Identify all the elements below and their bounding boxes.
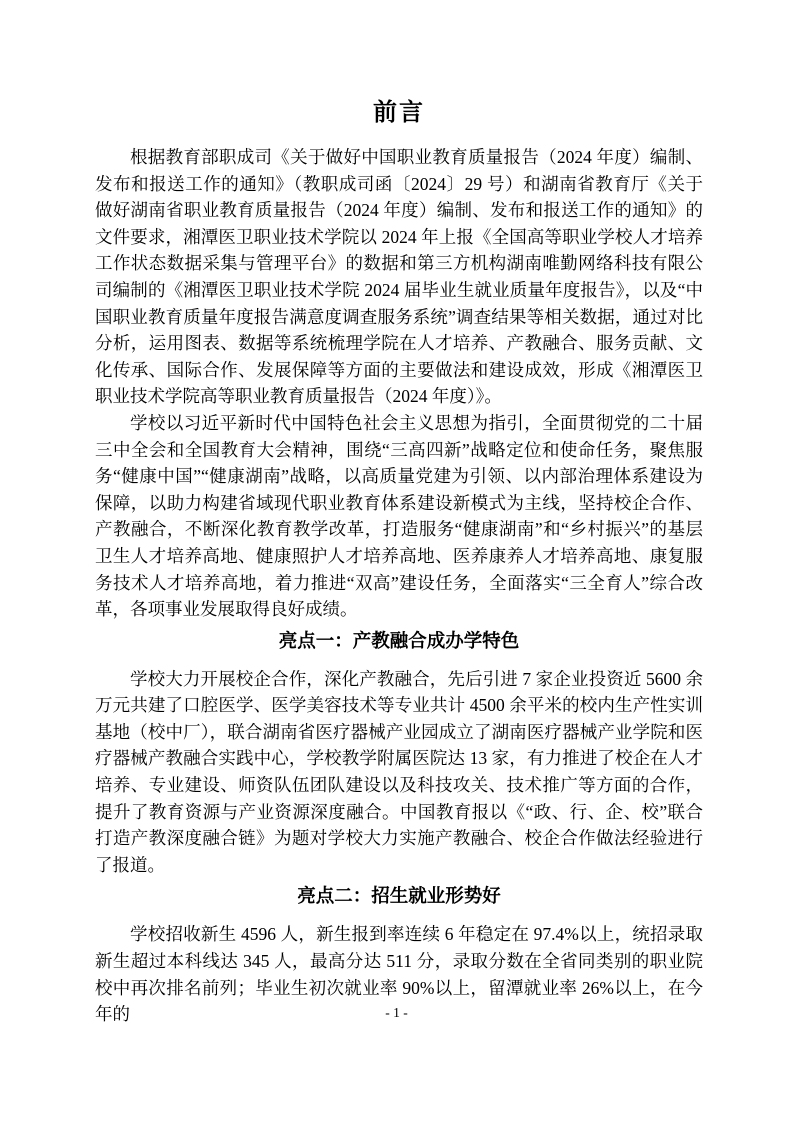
heading-highlight-1: 亮点一：产教融合成办学特色 [95,629,703,653]
document-title: 前言 [95,96,703,130]
page-content: 前言 根据教育部职成司《关于做好中国职业教育质量报告（2024 年度）编制、发布… [95,96,703,1028]
page-number-footer: - 1 - [0,1004,793,1022]
heading-highlight-2: 亮点二：招生就业形势好 [95,884,703,908]
paragraph-intro-1: 根据教育部职成司《关于做好中国职业教育质量报告（2024 年度）编制、发布和报送… [95,144,703,410]
document-page: 前言 根据教育部职成司《关于做好中国职业教育质量报告（2024 年度）编制、发布… [0,0,793,1122]
paragraph-intro-2: 学校以习近平新时代中国特色社会主义思想为指引，全面贯彻党的二十届三中全会和全国教… [95,410,703,623]
paragraph-highlight-1: 学校大力开展校企合作，深化产教融合，先后引进 7 家企业投资近 5600 余万元… [95,666,703,879]
